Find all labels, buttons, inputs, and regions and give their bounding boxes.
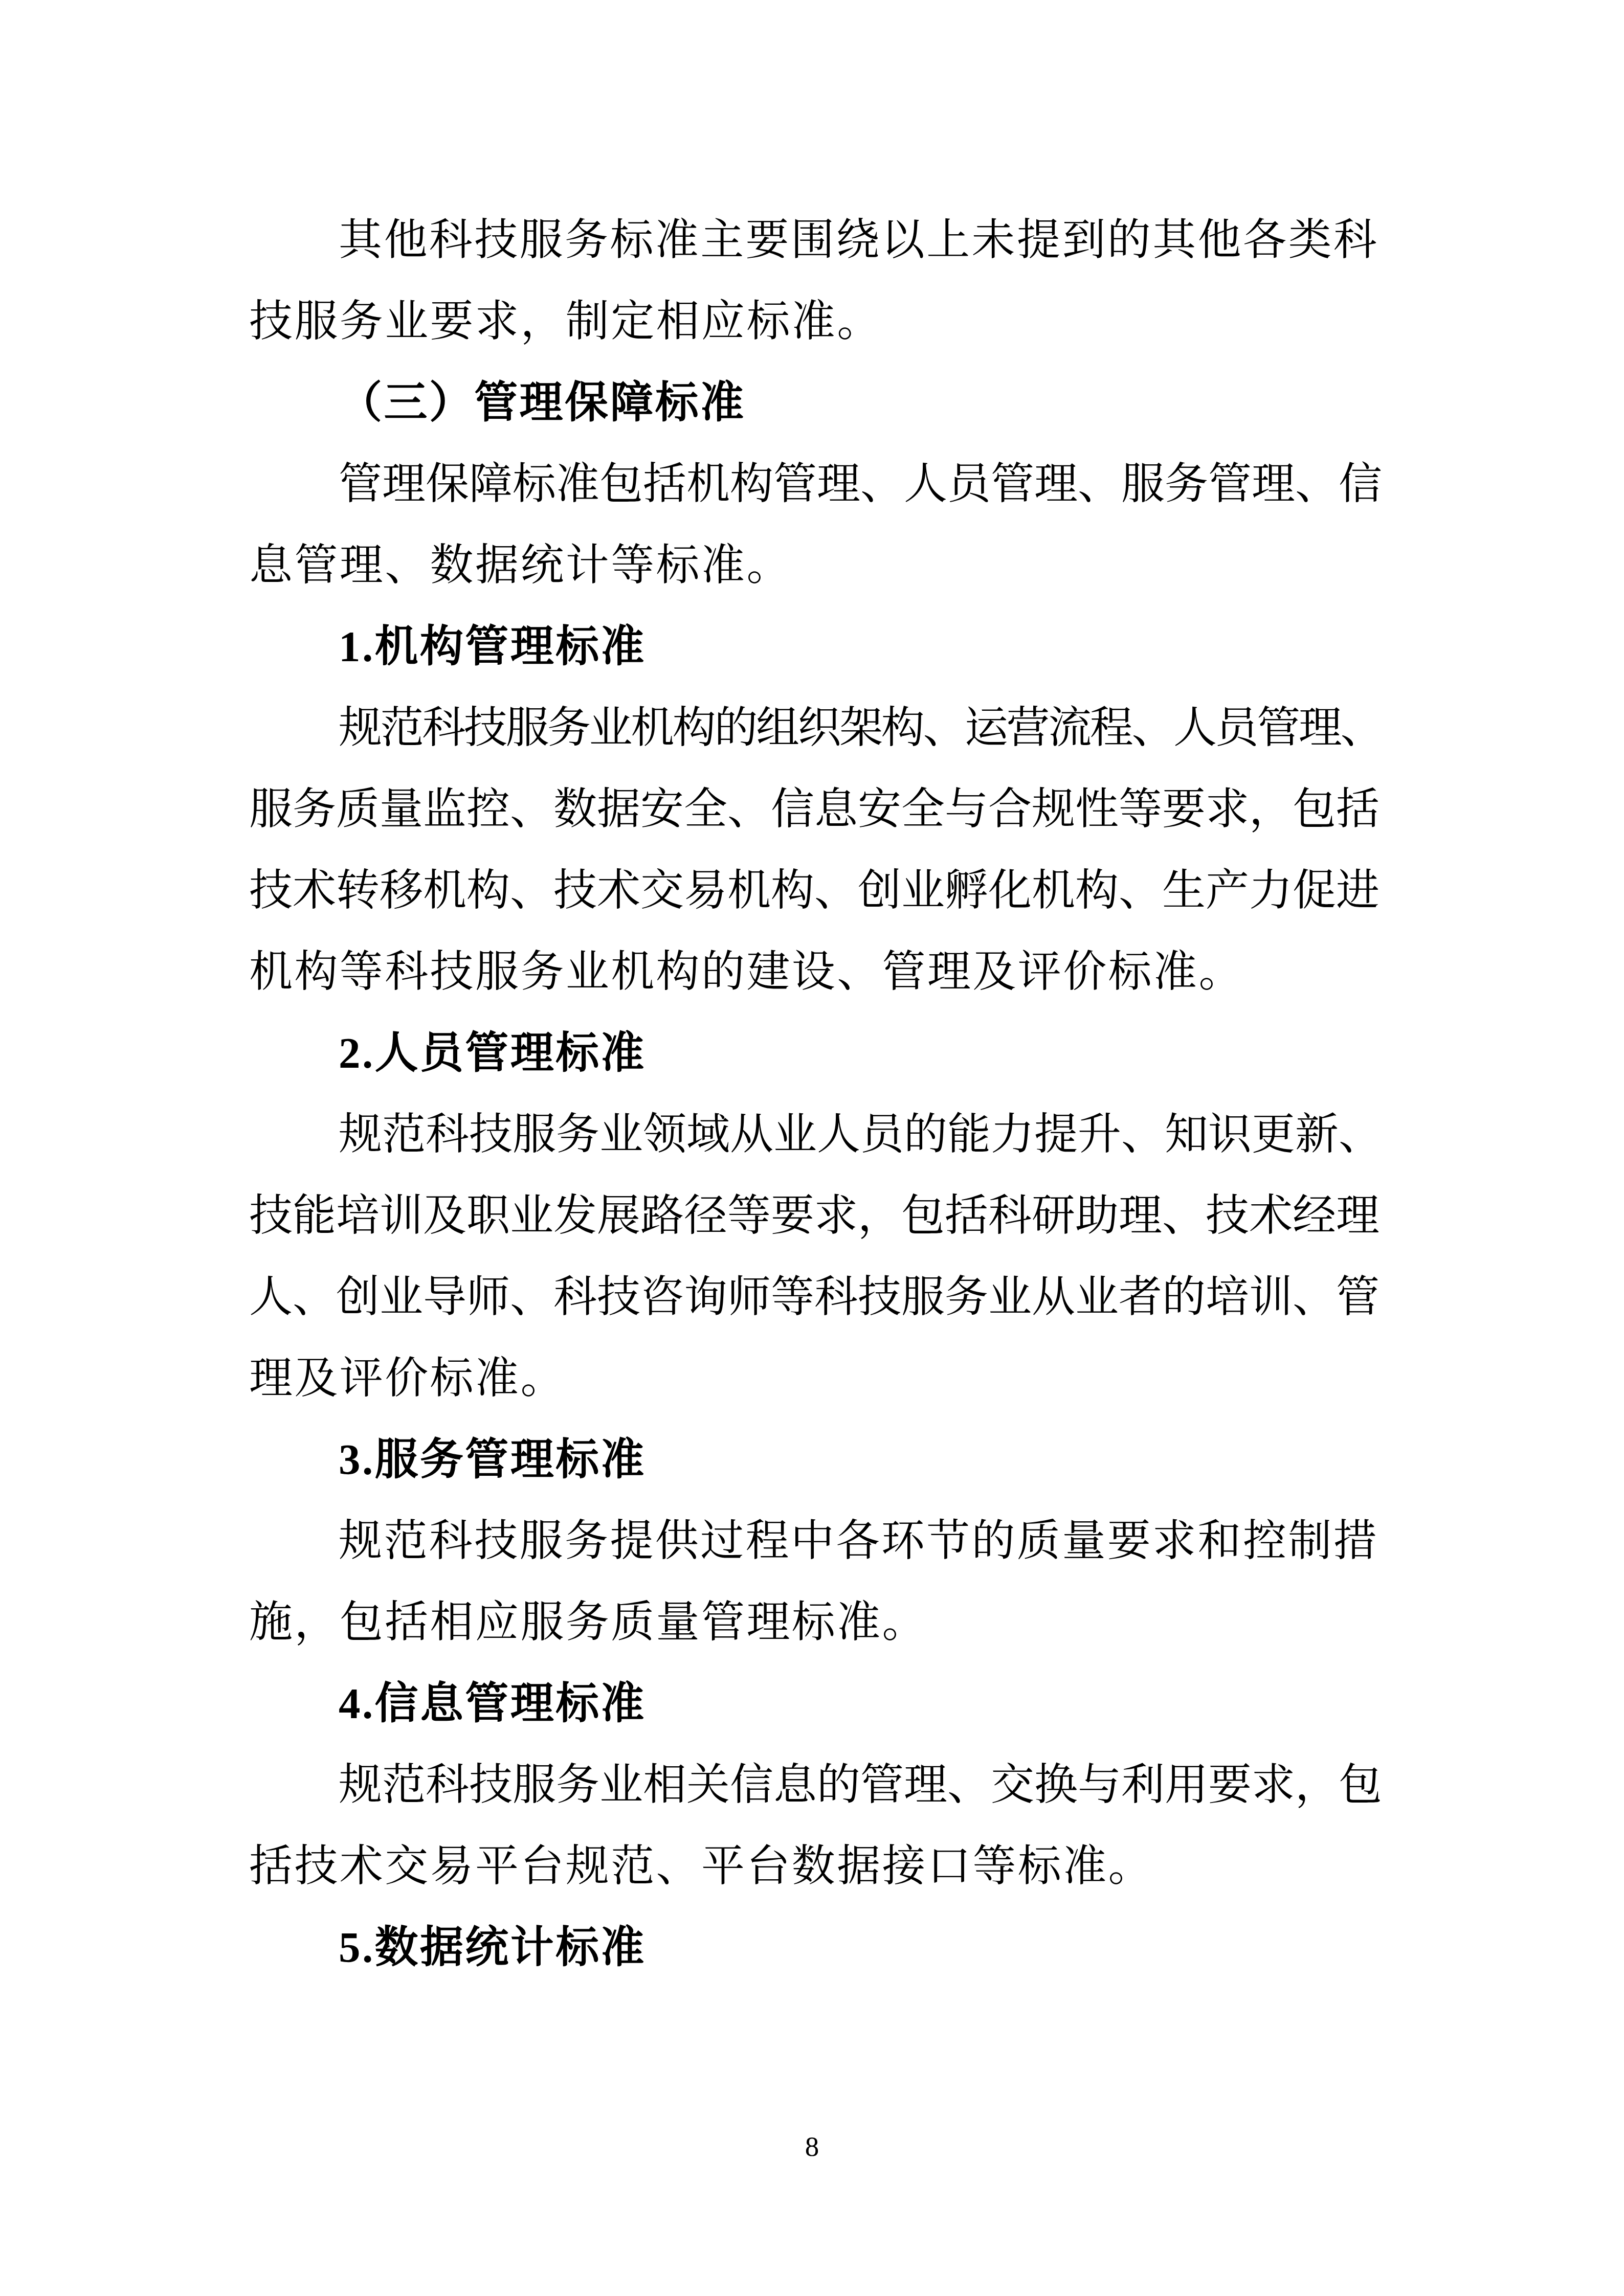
document-body: 其他科技服务标准主要围绕以上未提到的其他各类科 技服务业要求，制定相应标准。 （… [249,200,1383,1989]
text-line: 技能培训及职业发展路径等要求，包括科研助理、技术经理 [249,1176,1383,1257]
section-heading: 1.机构管理标准 [249,606,1383,688]
text-line: 息管理、数据统计等标准。 [249,525,1383,606]
section-heading: 5.数据统计标准 [249,1907,1383,1989]
document-page: 其他科技服务标准主要围绕以上未提到的其他各类科 技服务业要求，制定相应标准。 （… [0,0,1624,2296]
text-line: 规范科技服务提供过程中各环节的质量要求和控制措 [249,1501,1383,1582]
text-line: 服务质量监控、数据安全、信息安全与合规性等要求，包括 [249,769,1383,850]
section-heading: 2.人员管理标准 [249,1013,1383,1094]
text-line: 施，包括相应服务质量管理标准。 [249,1582,1383,1663]
text-line: 技术转移机构、技术交易机构、创业孵化机构、生产力促进 [249,850,1383,932]
section-heading: （三）管理保障标准 [249,363,1383,444]
page-number: 8 [0,2131,1624,2162]
text-line: 管理保障标准包括机构管理、人员管理、服务管理、信 [249,444,1383,525]
section-heading: 4.信息管理标准 [249,1663,1383,1745]
text-line: 人、创业导师、科技咨询师等科技服务业从业者的培训、管 [249,1257,1383,1338]
text-line: 规范科技服务业领域从业人员的能力提升、知识更新、 [249,1094,1383,1176]
text-line: 规范科技服务业相关信息的管理、交换与利用要求，包 [249,1745,1383,1826]
text-line: 规范科技服务业机构的组织架构、运营流程、人员管理、 [249,688,1383,769]
text-line: 理及评价标准。 [249,1338,1383,1420]
text-line: 其他科技服务标准主要围绕以上未提到的其他各类科 [249,200,1383,281]
text-line: 括技术交易平台规范、平台数据接口等标准。 [249,1826,1383,1907]
text-line: 机构等科技服务业机构的建设、管理及评价标准。 [249,932,1383,1013]
section-heading: 3.服务管理标准 [249,1420,1383,1501]
text-line: 技服务业要求，制定相应标准。 [249,281,1383,363]
